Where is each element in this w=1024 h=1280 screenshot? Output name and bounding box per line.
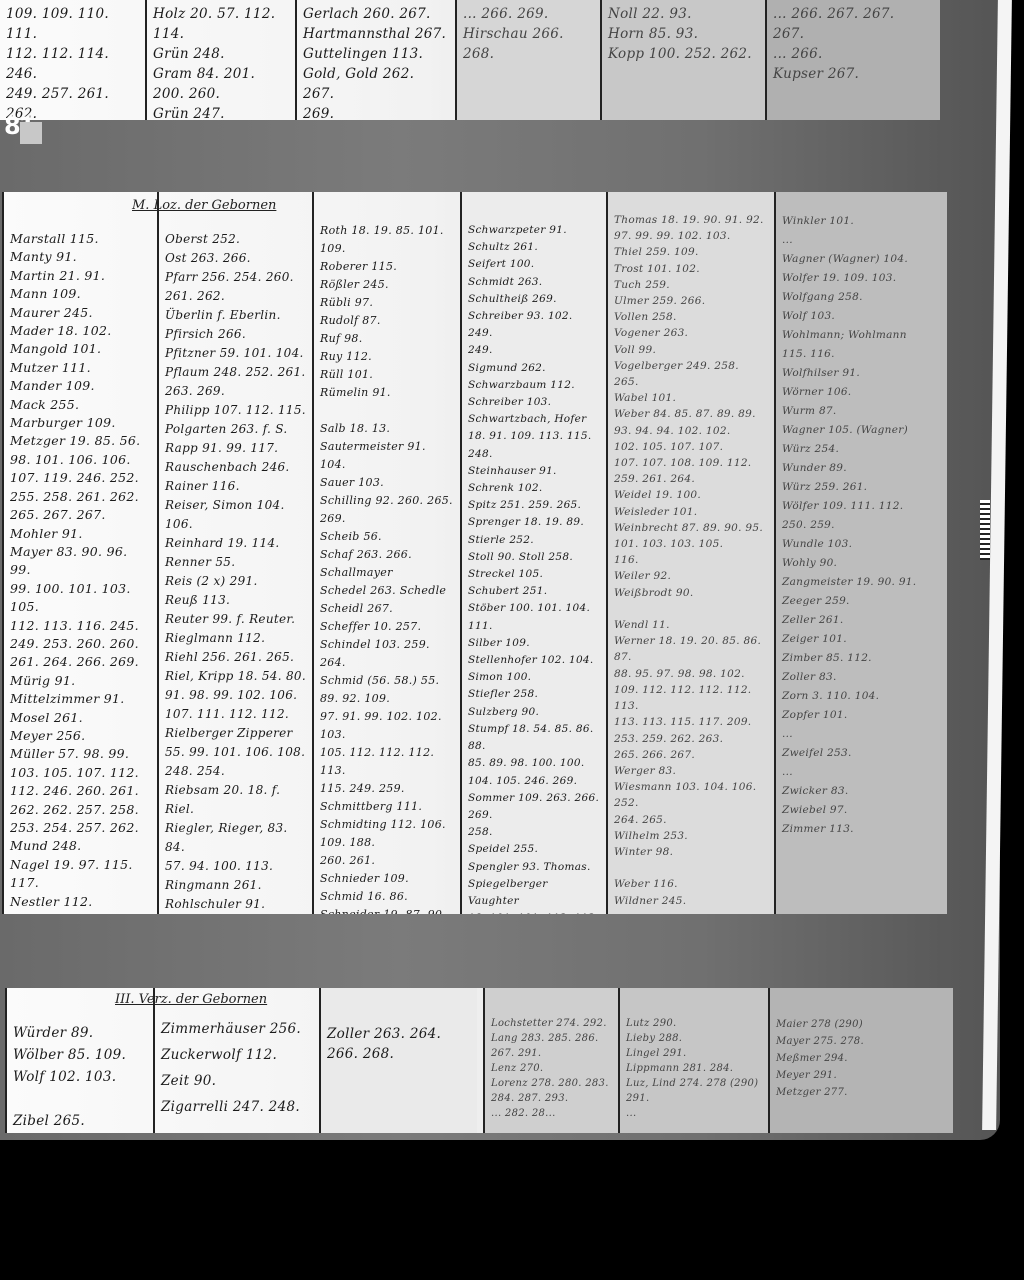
top-col-0: 109. 109. 110. 111. 112. 112. 114. 246. … bbox=[0, 0, 145, 120]
bot-col-2: Zoller 263. 264. 266. 268. bbox=[319, 988, 477, 1133]
index-entries: Noll 22. 93. Horn 85. 93. Kopp 100. 252.… bbox=[608, 4, 759, 64]
page-bottom-frame: III. Verz. der Gebornen Verzeichnis ... … bbox=[5, 988, 953, 1133]
frame-marker bbox=[20, 122, 42, 144]
bot-col-5: Maier 278 (290) Mayer 275. 278. Meßmer 2… bbox=[768, 988, 953, 1133]
index-entries: ... 266. 267. 267. 267. ... 266. Kupser … bbox=[773, 4, 934, 84]
mid-col-1: Oberst 252. Ost 263. 266. Pfarr 256. 254… bbox=[157, 192, 312, 914]
index-entries: ... 266. 269. Hirschau 266. 268. bbox=[463, 4, 594, 64]
bot-col-4: Lutz 290. Lieby 288. Lingel 291. Lippman… bbox=[618, 988, 768, 1133]
index-entries: Maier 278 (290) Mayer 275. 278. Meßmer 2… bbox=[776, 1016, 947, 1101]
bot-col-3: Lochstetter 274. 292. Lang 283. 285. 286… bbox=[483, 988, 618, 1133]
mid-col-3: Schwarzpeter 91. Schultz 261. Seifert 10… bbox=[460, 192, 606, 914]
index-entries: Zimmerhäuser 256. Zuckerwolf 112. Zeit 9… bbox=[161, 1016, 313, 1120]
bot-col-1: Zimmerhäuser 256. Zuckerwolf 112. Zeit 9… bbox=[153, 988, 319, 1133]
index-entries: Zoller 263. 264. 266. 268. bbox=[327, 1024, 471, 1064]
page-top-frame: 109. 109. 110. 111. 112. 112. 114. 246. … bbox=[0, 0, 940, 120]
index-entries: Würder 89. Wölber 85. 109. Wolf 102. 103… bbox=[13, 1022, 147, 1132]
top-col-3: ... 266. 269. Hirschau 266. 268. bbox=[455, 0, 600, 120]
mid-col-2: Roth 18. 19. 85. 101. 109. Roberer 115. … bbox=[312, 192, 460, 914]
top-col-5: ... 266. 267. 267. 267. ... 266. Kupser … bbox=[765, 0, 940, 120]
bot-col-0: Würder 89. Wölber 85. 109. Wolf 102. 103… bbox=[5, 988, 153, 1133]
top-col-2: Gerlach 260. 267. Hartmannsthal 267. Gut… bbox=[295, 0, 455, 120]
mid-col-5: Winkler 101. ... Wagner (Wagner) 104. Wo… bbox=[774, 192, 947, 914]
mid-col-0: Marstall 115. Manty 91. Martin 21. 91. M… bbox=[2, 192, 157, 914]
top-col-1: Holz 20. 57. 112. 114. Grün 248. Gram 84… bbox=[145, 0, 295, 120]
index-entries: Marstall 115. Manty 91. Martin 21. 91. M… bbox=[10, 230, 151, 914]
index-entries: Roth 18. 19. 85. 101. 109. Roberer 115. … bbox=[320, 222, 454, 914]
index-entries: Oberst 252. Ost 263. 266. Pfarr 256. 254… bbox=[165, 230, 306, 914]
index-entries: Holz 20. 57. 112. 114. Grün 248. Gram 84… bbox=[153, 4, 289, 120]
index-entries: Gerlach 260. 267. Hartmannsthal 267. Gut… bbox=[303, 4, 449, 120]
index-entries: Thomas 18. 19. 90. 91. 92. 97. 99. 99. 1… bbox=[614, 212, 768, 909]
film-edge-barcode bbox=[980, 500, 990, 560]
index-entries: Winkler 101. ... Wagner (Wagner) 104. Wo… bbox=[782, 212, 941, 839]
page-middle-frame: M. Loz. der Gebornen Marstall 115. Manty… bbox=[2, 192, 947, 914]
index-entries: Lutz 290. Lieby 288. Lingel 291. Lippman… bbox=[626, 1016, 762, 1121]
index-entries: Schwarzpeter 91. Schultz 261. Seifert 10… bbox=[468, 222, 600, 914]
top-col-4: Noll 22. 93. Horn 85. 93. Kopp 100. 252.… bbox=[600, 0, 765, 120]
index-entries: Lochstetter 274. 292. Lang 283. 285. 286… bbox=[491, 1016, 612, 1121]
mid-col-4: Thomas 18. 19. 90. 91. 92. 97. 99. 99. 1… bbox=[606, 192, 774, 914]
index-entries: 109. 109. 110. 111. 112. 112. 114. 246. … bbox=[6, 4, 139, 120]
